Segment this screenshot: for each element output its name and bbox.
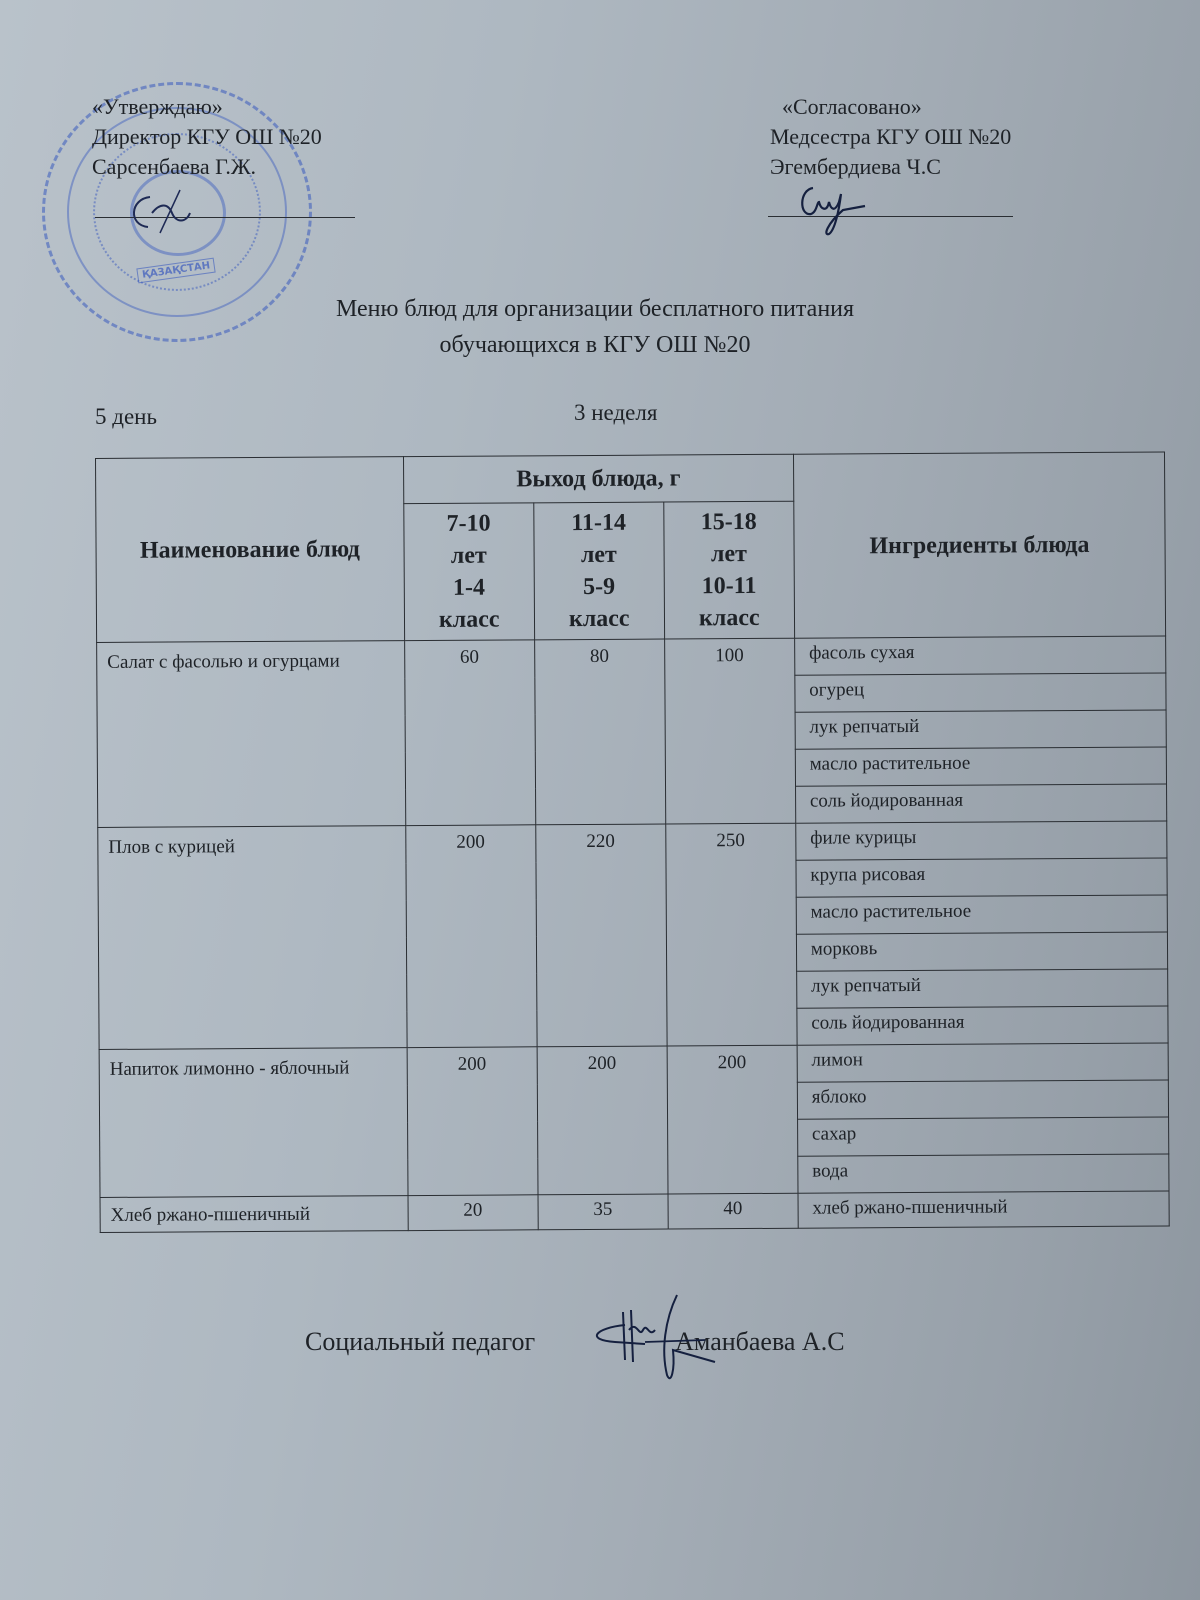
ingredient-item: огурец bbox=[795, 673, 1166, 712]
ingredient-item: лук репчатый bbox=[795, 710, 1166, 749]
dish-name: Хлеб ржано-пшеничный bbox=[100, 1196, 408, 1233]
ingredient-item: хлеб ржано-пшеничный bbox=[798, 1191, 1169, 1228]
agreed-position: Медсестра КГУ ОШ №20 bbox=[770, 122, 1011, 152]
dish-name: Плов с курицей bbox=[98, 826, 407, 1050]
table-row: Хлеб ржано-пшеничный203540хлеб ржано-пше… bbox=[100, 1191, 1169, 1233]
approved-block: «Утверждаю» Директор КГУ ОШ №20 Сарсенба… bbox=[92, 92, 322, 182]
header-yield: Выход блюда, г bbox=[403, 454, 793, 503]
age-unit: лет bbox=[404, 539, 533, 572]
age-unit: лет bbox=[664, 538, 793, 571]
yield-value-group-3: 200 bbox=[667, 1045, 798, 1194]
agreed-name: Эгембердиева Ч.С bbox=[770, 152, 1011, 182]
ingredient-item: лук репчатый bbox=[796, 969, 1167, 1008]
ingredient-item: морковь bbox=[796, 932, 1167, 971]
document-page: ҚАЗАҚСТАН «Утверждаю» Директор КГУ ОШ №2… bbox=[0, 0, 1200, 1600]
ingredient-item: крупа рисовая bbox=[796, 858, 1167, 897]
dish-name: Салат с фасолью и огурцами bbox=[97, 641, 406, 828]
age-range: 7-10 bbox=[404, 507, 533, 540]
menu-table: Наименование блюд Выход блюда, г Ингреди… bbox=[95, 451, 1170, 1233]
ingredient-item: соль йодированная bbox=[797, 1006, 1168, 1045]
ingredient-item: вода bbox=[798, 1154, 1169, 1193]
age-range: 11-14 bbox=[534, 507, 663, 540]
header-dish-name: Наименование блюд bbox=[96, 457, 405, 643]
ingredient-item: яблоко bbox=[797, 1080, 1168, 1119]
day-label: 5 день bbox=[95, 404, 157, 430]
age-unit: лет bbox=[534, 539, 663, 572]
yield-value-group-2: 35 bbox=[538, 1194, 668, 1230]
ingredient-item: фасоль сухая bbox=[794, 636, 1165, 675]
header-age-group-1: 7-10 лет 1-4 класс bbox=[403, 503, 534, 641]
dish-name: Напиток лимонно - яблочный bbox=[99, 1048, 408, 1198]
ingredient-item: лимон bbox=[797, 1043, 1168, 1082]
approved-position: Директор КГУ ОШ №20 bbox=[92, 122, 322, 152]
social-pedagogue-signature-icon bbox=[585, 1290, 735, 1390]
header-age-group-2: 11-14 лет 5-9 класс bbox=[534, 502, 665, 640]
yield-value-group-3: 250 bbox=[666, 823, 797, 1046]
yield-value-group-1: 20 bbox=[408, 1195, 538, 1231]
approved-heading: «Утверждаю» bbox=[92, 92, 322, 122]
week-label: 3 неделя bbox=[574, 400, 657, 426]
footer-role: Социальный педагог bbox=[305, 1327, 535, 1356]
title-line-1: Меню блюд для организации бесплатного пи… bbox=[0, 291, 1190, 327]
yield-value-group-2: 200 bbox=[537, 1046, 668, 1195]
grade-label: класс bbox=[665, 602, 794, 635]
ingredient-item: филе курицы bbox=[796, 821, 1167, 860]
director-signature-icon bbox=[120, 185, 210, 235]
grade-range: 1-4 bbox=[404, 571, 533, 604]
yield-value-group-2: 220 bbox=[535, 824, 666, 1047]
agreed-heading: «Согласовано» bbox=[770, 92, 1011, 122]
grade-label: класс bbox=[535, 603, 664, 636]
footer-signature: Социальный педагогАманбаева А.С bbox=[305, 1327, 845, 1357]
yield-value-group-1: 200 bbox=[405, 825, 536, 1048]
title-line-2: обучающихся в КГУ ОШ №20 bbox=[0, 327, 1190, 363]
ingredient-item: масло растительное bbox=[795, 747, 1166, 786]
ingredient-item: сахар bbox=[797, 1117, 1168, 1156]
header-age-group-3: 15-18 лет 10-11 класс bbox=[664, 501, 795, 639]
yield-value-group-1: 200 bbox=[407, 1047, 538, 1196]
agreed-block: «Согласовано» Медсестра КГУ ОШ №20 Эгемб… bbox=[770, 92, 1011, 182]
grade-range: 5-9 bbox=[534, 571, 663, 604]
document-title: Меню блюд для организации бесплатного пи… bbox=[0, 291, 1190, 363]
age-range: 15-18 bbox=[664, 506, 793, 539]
ingredient-item: масло растительное bbox=[796, 895, 1167, 934]
grade-label: класс bbox=[405, 603, 534, 636]
approved-name: Сарсенбаева Г.Ж. bbox=[92, 152, 322, 182]
yield-value-group-1: 60 bbox=[404, 640, 535, 826]
menu-table-body: Салат с фасолью и огурцами6080100фасоль … bbox=[97, 636, 1170, 1233]
header-ingredients: Ингредиенты блюда bbox=[793, 452, 1165, 638]
ingredient-item: соль йодированная bbox=[795, 784, 1166, 823]
nurse-signature-icon bbox=[795, 180, 875, 240]
yield-value-group-2: 80 bbox=[534, 639, 665, 825]
yield-value-group-3: 100 bbox=[664, 638, 795, 824]
yield-value-group-3: 40 bbox=[668, 1193, 798, 1229]
grade-range: 10-11 bbox=[664, 570, 793, 603]
